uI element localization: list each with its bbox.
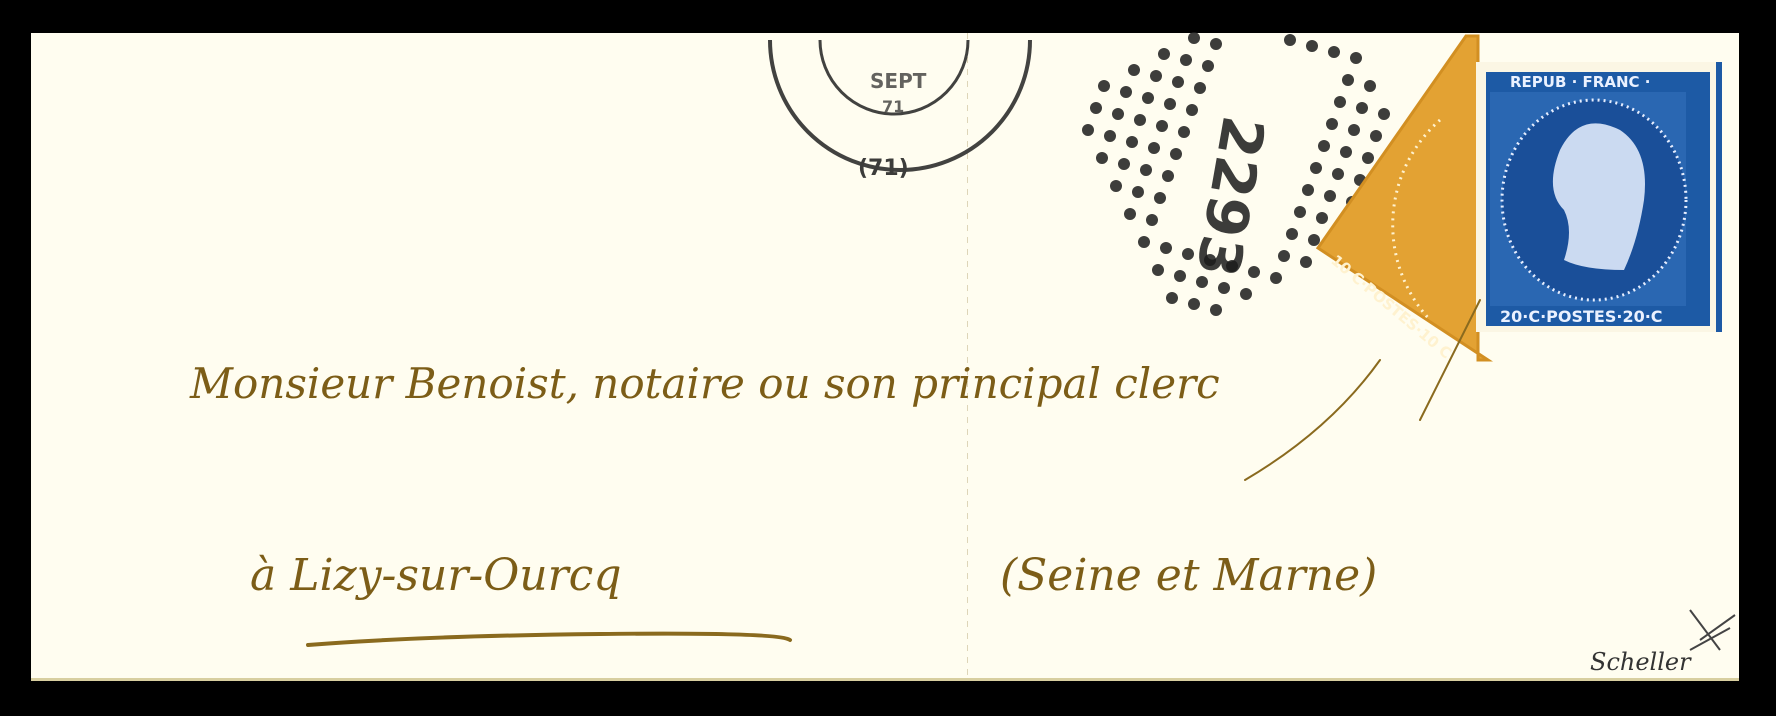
address-line-2: à Lizy-sur-Ourcq bbox=[250, 550, 622, 601]
svg-text:20·C·POSTES·20·C: 20·C·POSTES·20·C bbox=[1500, 307, 1663, 326]
svg-text:SEPT: SEPT bbox=[870, 69, 927, 93]
svg-text:2293: 2293 bbox=[1183, 111, 1278, 282]
svg-text:Scheller: Scheller bbox=[1590, 648, 1692, 676]
address-line-1: Monsieur Benoist, notaire ou son princip… bbox=[189, 359, 1220, 408]
svg-text:REPUB · FRANC ·: REPUB · FRANC · bbox=[1510, 73, 1650, 91]
address-department: (Seine et Marne) bbox=[1000, 550, 1377, 601]
address: Monsieur Benoist, notaire ou son princip… bbox=[189, 300, 1480, 645]
date-postmark: SEPT 71 (71) bbox=[770, 40, 1030, 181]
svg-text:71: 71 bbox=[882, 97, 904, 116]
cover-artwork: SEPT 71 (71) 2293 10 C·POSTES·10 C REPUB… bbox=[0, 0, 1776, 716]
expert-signature: Scheller bbox=[1590, 610, 1735, 676]
ceres-stamp: REPUB · FRANC · 20·C·POSTES·20·C bbox=[1476, 62, 1722, 332]
bisect-stamp: 10 C·POSTES·10 C bbox=[1318, 36, 1488, 362]
svg-text:(71): (71) bbox=[858, 156, 909, 181]
